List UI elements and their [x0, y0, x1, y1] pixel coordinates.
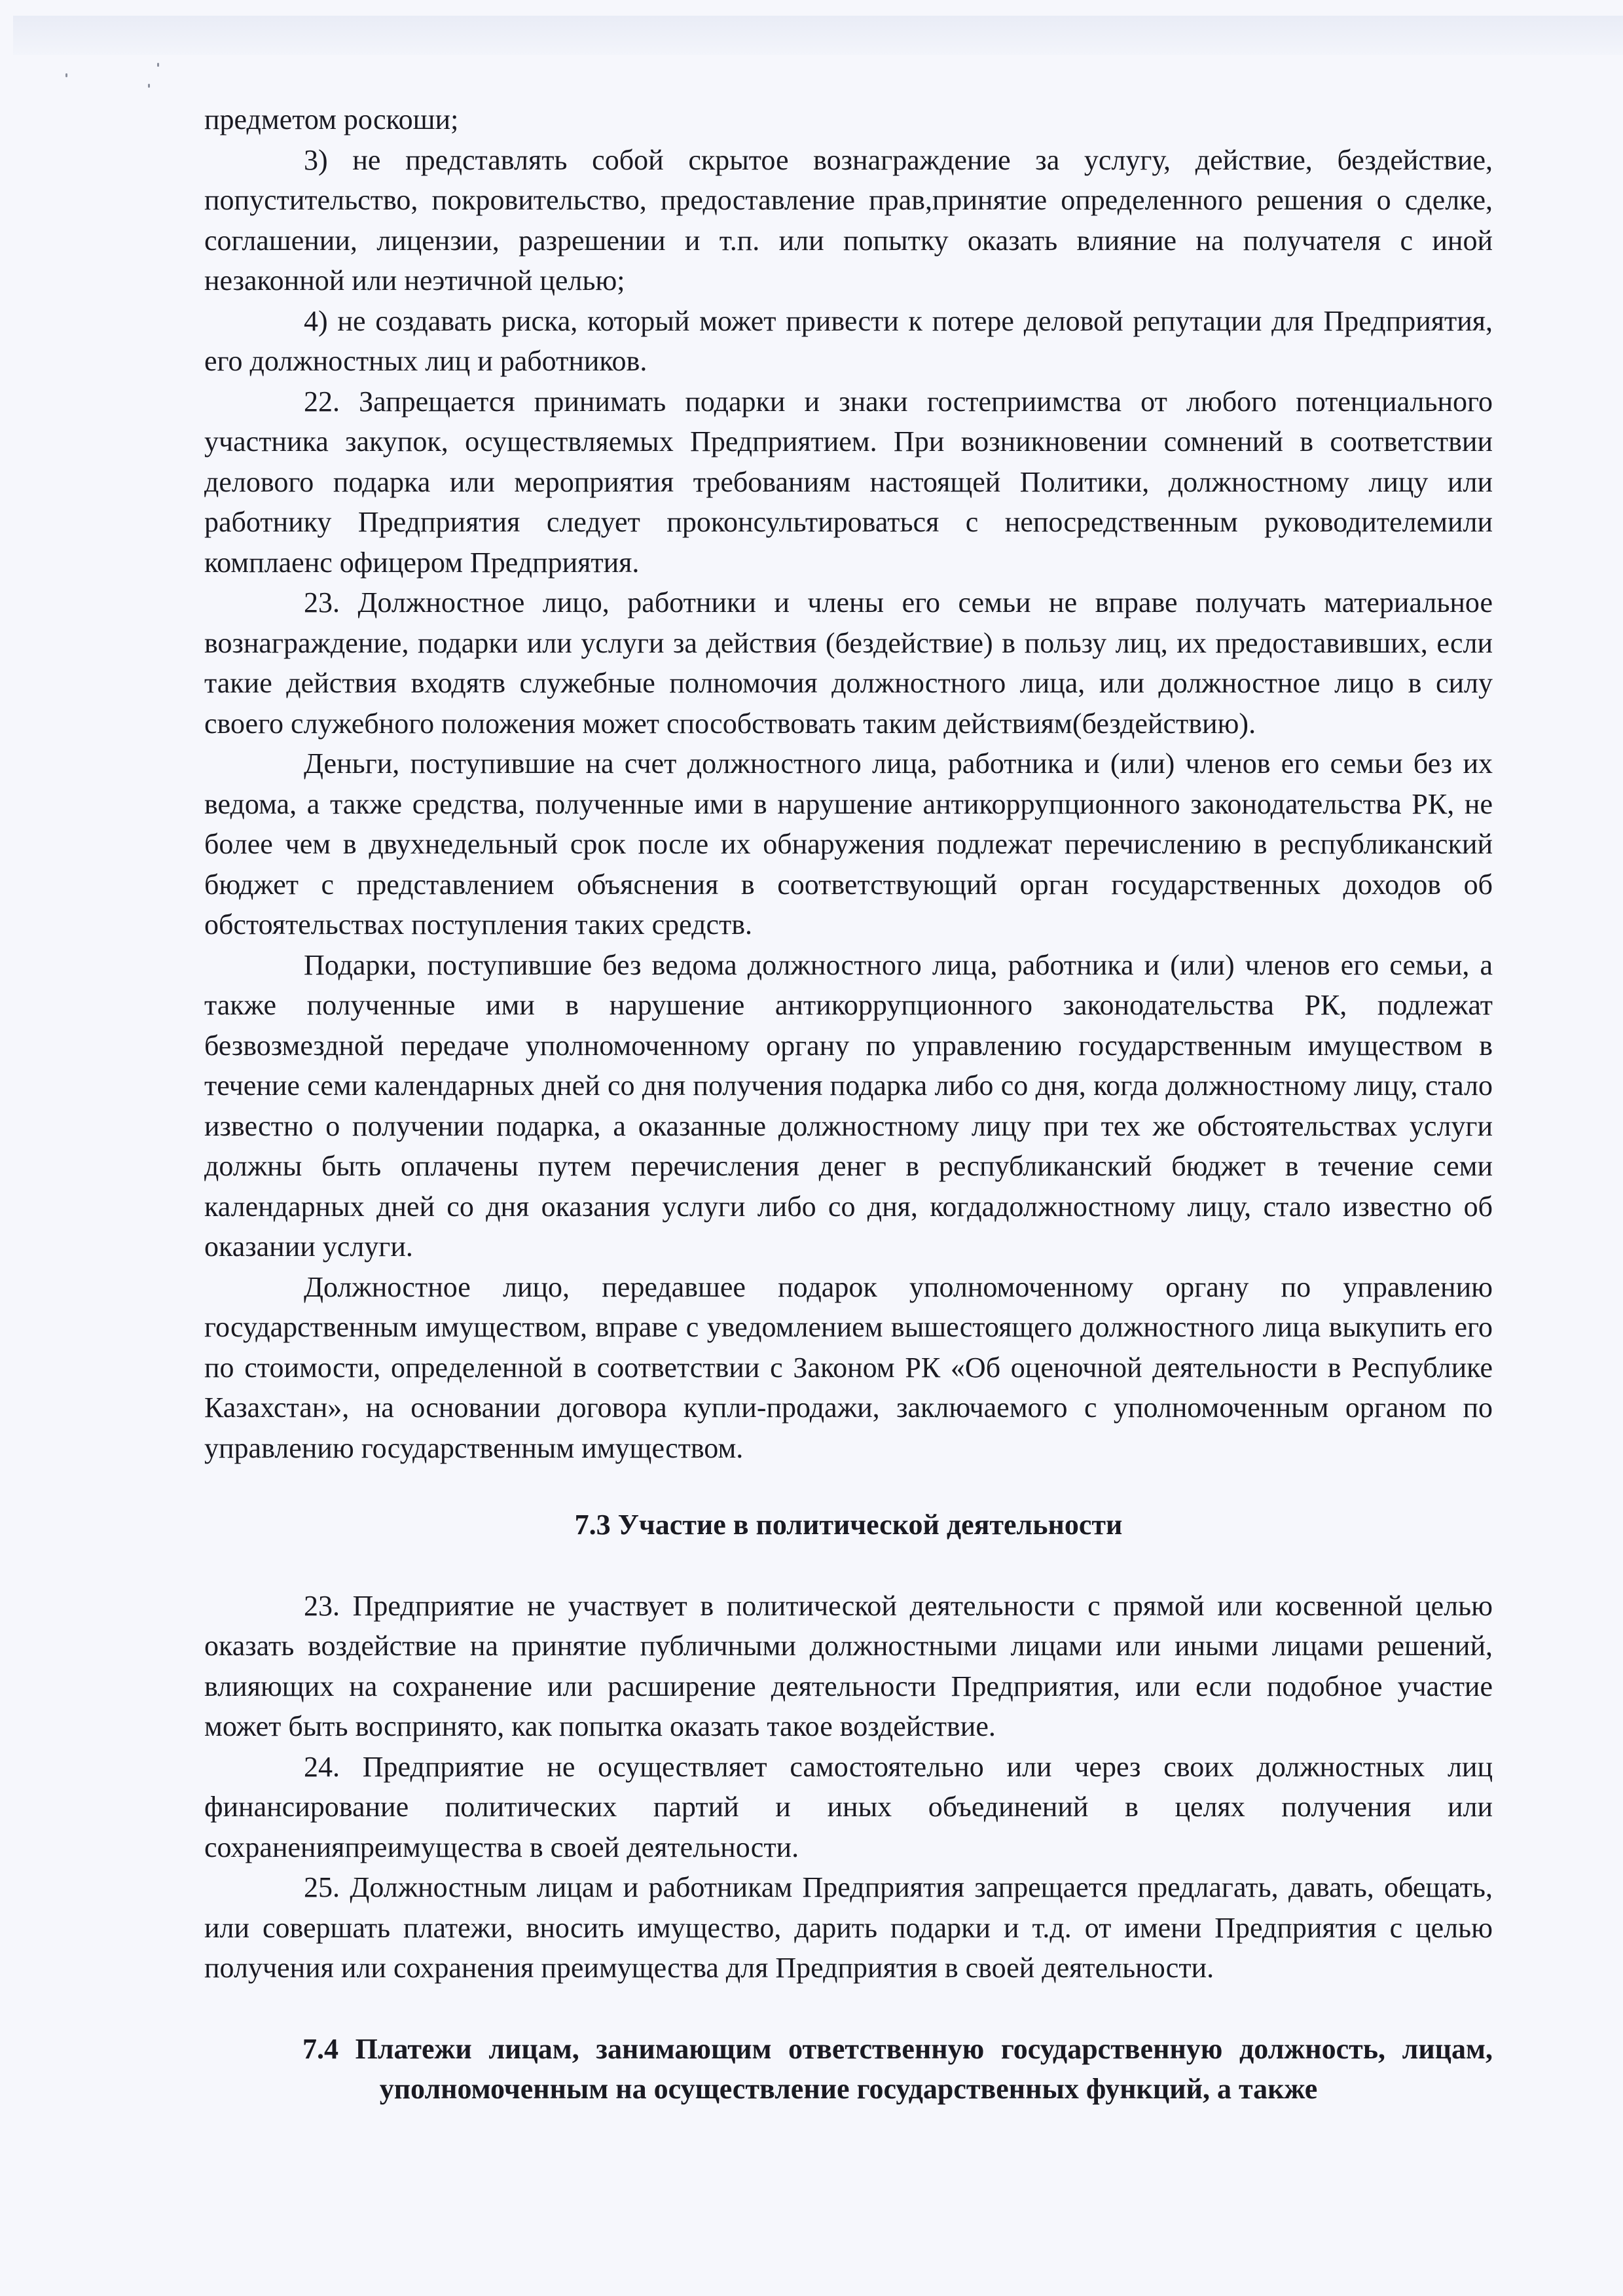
- list-item-4-reputation-risk: 4) не создавать риска, который может при…: [204, 301, 1493, 382]
- paragraph-money-received: Деньги, поступившие на счет должностного…: [204, 744, 1493, 945]
- scan-speck: [65, 73, 67, 77]
- paragraph-gifts-received: Подарки, поступившие без ведома должност…: [204, 945, 1493, 1267]
- clause-24-political-financing: 24. Предприятие не осуществляет самостоя…: [204, 1747, 1493, 1868]
- clause-22-procurement-gifts: 22. Запрещается принимать подарки и знак…: [204, 382, 1493, 583]
- section-heading-7-4: 7.4 Платежи лицам, занимающим ответствен…: [204, 2029, 1493, 2109]
- document-body: предметом роскоши; 3) не представлять со…: [204, 99, 1493, 2109]
- clause-25-prohibited-payments: 25. Должностным лицам и работникам Предп…: [204, 1867, 1493, 1988]
- clause-23-official-rewards: 23. Должностное лицо, работники и члены …: [204, 583, 1493, 744]
- document-page: предметом роскоши; 3) не представлять со…: [0, 0, 1623, 2296]
- list-item-3-hidden-reward: 3) не представлять собой скрытое вознагр…: [204, 140, 1493, 301]
- scan-edge-band: [13, 16, 1623, 55]
- clause-23-political-activity: 23. Предприятие не участвует в политичес…: [204, 1586, 1493, 1747]
- scan-speck: [148, 84, 150, 88]
- section-heading-7-3: 7.3 Участие в политической деятельности: [204, 1505, 1493, 1545]
- scan-speck: [157, 63, 159, 67]
- paragraph-luxury-item-tail: предметом роскоши;: [204, 99, 1493, 140]
- paragraph-gift-buyback: Должностное лицо, передавшее подарок упо…: [204, 1267, 1493, 1469]
